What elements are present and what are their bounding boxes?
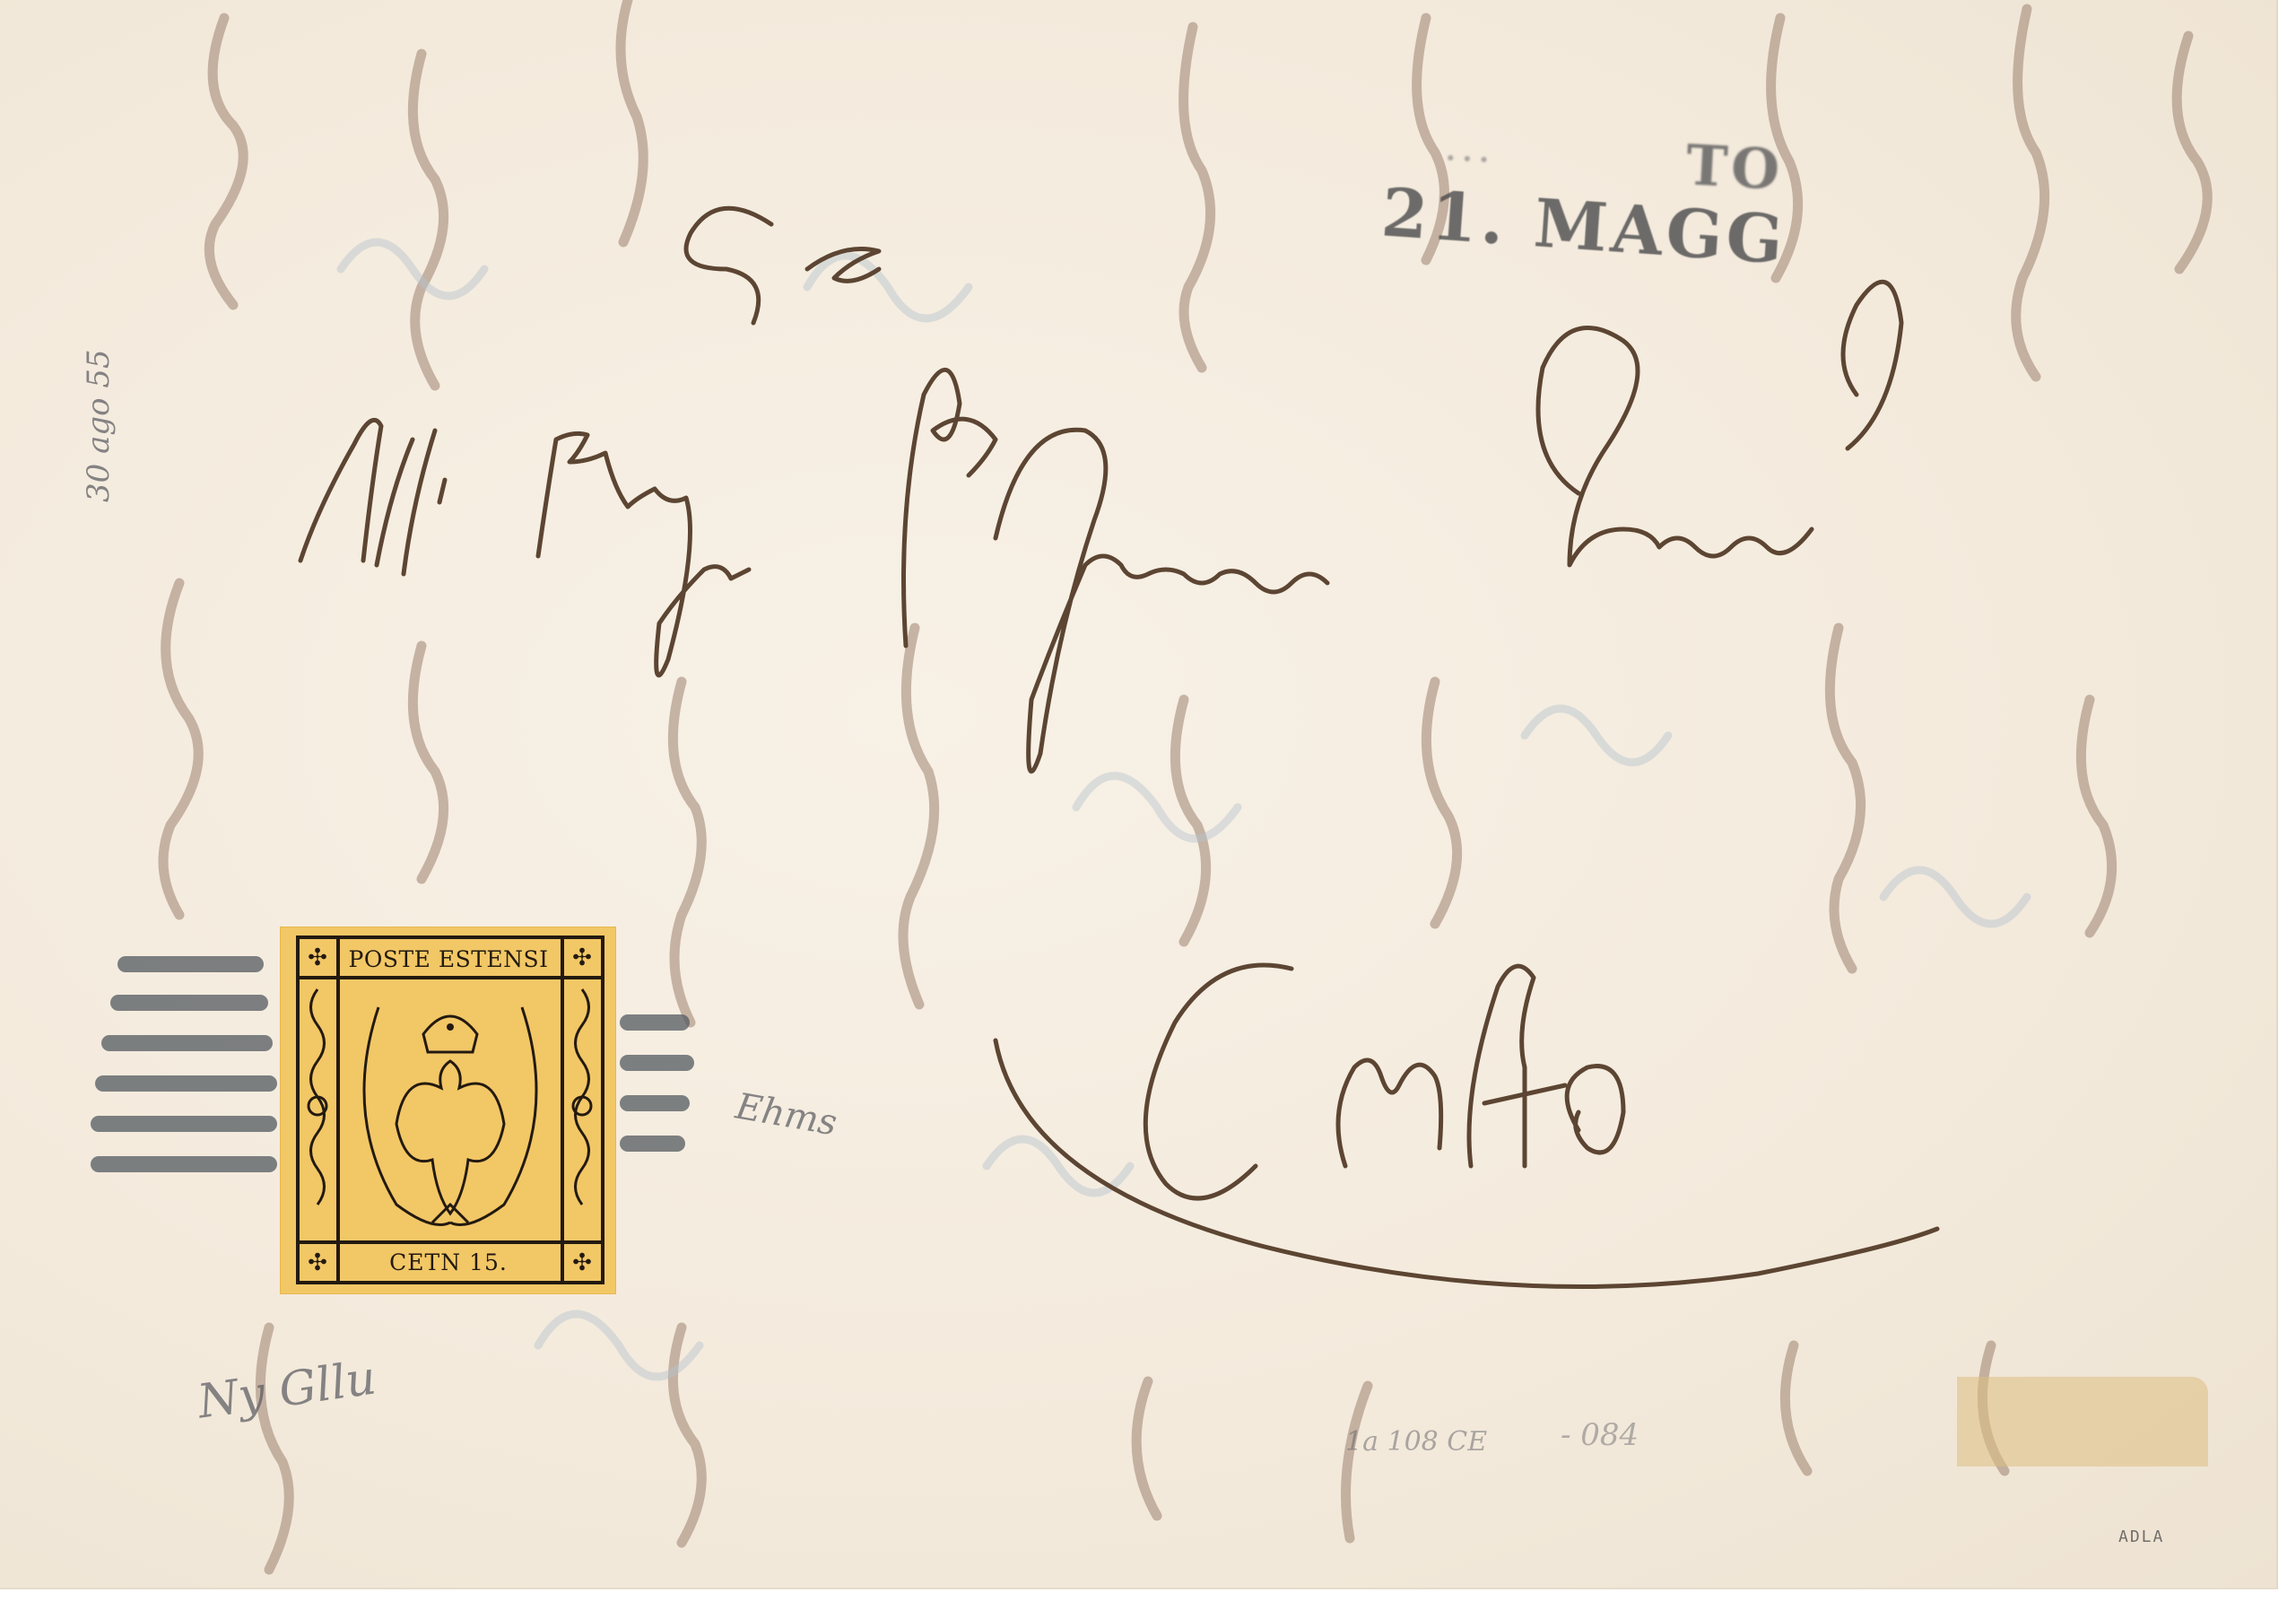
postage-stamp: ✣ ✣ ✣ ✣ POSTE E <box>280 927 616 1294</box>
address-salutation: S.L. <box>0 0 1 1</box>
address-script <box>0 0 2276 1588</box>
grid-cancel <box>0 0 2276 1588</box>
label-residue <box>1957 1377 2208 1466</box>
postmark-town-line: ··· <box>1443 134 1496 185</box>
postmark-partial-text: TO <box>1684 132 1785 203</box>
svg-text:✣: ✣ <box>308 1249 327 1276</box>
stamp-top-inscription: POSTE ESTENSI <box>344 946 552 972</box>
svg-text:✣: ✣ <box>572 1249 592 1276</box>
pencil-note-near-stamp: Ehms <box>733 1086 840 1144</box>
backstamp-trace: ADLA <box>2118 1527 2164 1546</box>
cover-sheet: ✣ ✣ ✣ ✣ POSTE E <box>0 0 2278 1589</box>
bleed-through-script <box>0 0 2276 1588</box>
svg-text:✣: ✣ <box>572 944 592 971</box>
pencil-note-below-stamp: Ny Gllu <box>195 1351 379 1429</box>
address-destination: Cento <box>0 0 1 1</box>
eagle-crest-icon: ✣ ✣ ✣ ✣ <box>280 927 616 1294</box>
svg-text:✣: ✣ <box>308 944 327 971</box>
stamp-value-inscription: CETN 15. <box>344 1249 552 1275</box>
pencil-note-bottom: 1a 108 CE <box>1345 1426 1487 1458</box>
pencil-note-margin: 30 ago 55 <box>81 349 117 502</box>
pencil-note-bottom-2: - 084 <box>1561 1417 1639 1453</box>
address-line-1: All'Egregio Sig.r Giuseppe Dalla <box>0 0 1 1</box>
